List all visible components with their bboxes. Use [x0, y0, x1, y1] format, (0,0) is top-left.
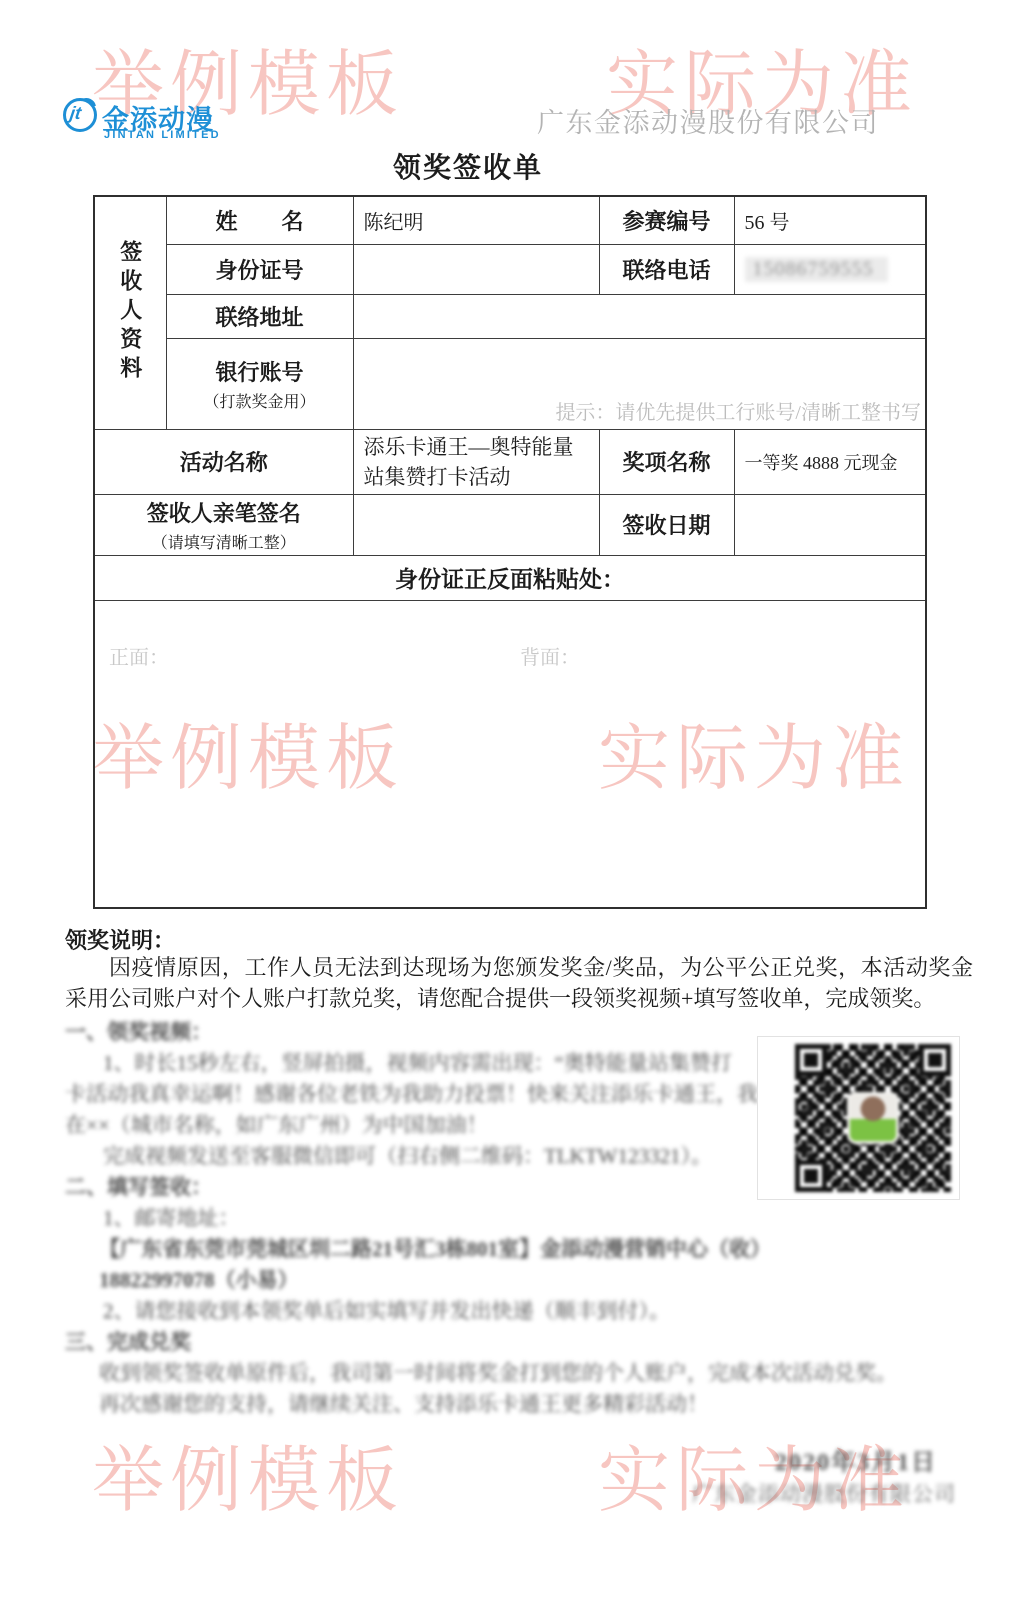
signature-value: [353, 494, 599, 555]
company-full-name: 广东金添动漫股份有限公司: [537, 101, 879, 140]
address-value: [353, 294, 926, 338]
blurred-line: 1、邮寄地址：: [65, 1203, 970, 1234]
claim-instructions-heading: 领奖说明：: [65, 924, 175, 955]
id-paste-section-title: 身份证正反面粘贴处：: [94, 555, 926, 600]
qr-finder-top-right: [919, 1044, 951, 1076]
blurred-line: 18822997078（小易）: [65, 1265, 970, 1296]
signature-note: （请填写清晰工整）: [105, 530, 343, 553]
logo-english-name: JINTAN LIMITED: [104, 129, 221, 141]
qr-finder-top-left: [795, 1044, 827, 1076]
qr-center-avatar: [847, 1092, 899, 1144]
watermark-example-bottom: 举例模板: [92, 1422, 404, 1526]
bank-hint-text: 提示：请优先提供工行账号/清晰工整书写: [555, 396, 921, 425]
id-paste-area: 正面： 背面：: [94, 600, 926, 908]
signature-label: 签收人亲笔签名 （请填写清晰工整）: [94, 494, 353, 555]
receipt-date-label: 签收日期: [599, 494, 734, 555]
claim-instructions-intro: 因疫情原因，工作人员无法到达现场为您颁发奖金/奖品，为公平公正兑奖，本活动奖金采…: [65, 952, 973, 1014]
name-value: 陈纪明: [353, 196, 599, 244]
bank-account-label-text: 银行账号: [177, 356, 343, 387]
footer-company-blurred: 广东金添动漫股份有限公司: [692, 1478, 956, 1508]
entry-number-value: 56 号: [734, 196, 926, 244]
id-number-label: 身份证号: [166, 244, 353, 294]
prize-name-label: 奖项名称: [599, 429, 734, 494]
blurred-line: 三、完成兑奖: [65, 1327, 970, 1358]
bank-account-note: （打款奖金用）: [177, 389, 343, 412]
address-label: 联络地址: [166, 294, 353, 338]
activity-name-value: 添乐卡通王—奥特能量站集赞打卡活动: [353, 429, 599, 494]
company-logo-icon: jt: [63, 98, 97, 132]
receipt-date-value: [734, 494, 926, 555]
bank-account-label: 银行账号 （打款奖金用）: [166, 338, 353, 429]
phone-label: 联络电话: [599, 244, 734, 294]
signature-label-text: 签收人亲笔签名: [105, 497, 343, 528]
blurred-line: 再次感谢您的支持，请继续关注、支持添乐卡通王更多精彩活动！: [65, 1389, 970, 1420]
wechat-qr-code: [795, 1044, 951, 1192]
phone-value-blurred: 15086759555: [745, 257, 888, 282]
prize-name-value: 一等奖 4888 元现金: [734, 429, 926, 494]
phone-value-cell: 15086759555: [734, 244, 926, 294]
footer-date-blurred: 2020年3月1日: [775, 1442, 937, 1477]
entry-number-label: 参赛编号: [599, 196, 734, 244]
id-number-value: [353, 244, 599, 294]
qr-finder-bottom-left: [795, 1160, 827, 1192]
blurred-line: 【广东省东莞市莞城区圳二路21号汇3栋801室】金添动漫营销中心（收）: [65, 1234, 970, 1265]
activity-name-label: 活动名称: [94, 429, 353, 494]
receipt-form-table: 签收人资料 姓 名 陈纪明 参赛编号 56 号 身份证号 联络电话 150867…: [93, 195, 927, 909]
id-front-label: 正面：: [109, 641, 169, 670]
document-title: 领奖签收单: [0, 146, 936, 186]
bank-account-value-cell: 提示：请优先提供工行账号/清晰工整书写: [353, 338, 926, 429]
wechat-qr-code-box: [757, 1036, 960, 1200]
group-label-recipient-info: 签收人资料: [94, 196, 166, 429]
receipt-document-page: 举例模板 实际为准 举例模板 实际为准 举例模板 实际为准 jt 金添动漫 JI…: [0, 0, 1035, 1600]
blurred-line: 收到领奖签收单原件后，我司第一时间将奖金打到您的个人账户，完成本次活动兑奖。: [65, 1358, 970, 1389]
blurred-line: 2、请您接收到本领奖单后如实填写并发出快递（顺丰到付）。: [65, 1296, 970, 1327]
id-back-label: 背面：: [520, 641, 580, 670]
name-label: 姓 名: [166, 196, 353, 244]
